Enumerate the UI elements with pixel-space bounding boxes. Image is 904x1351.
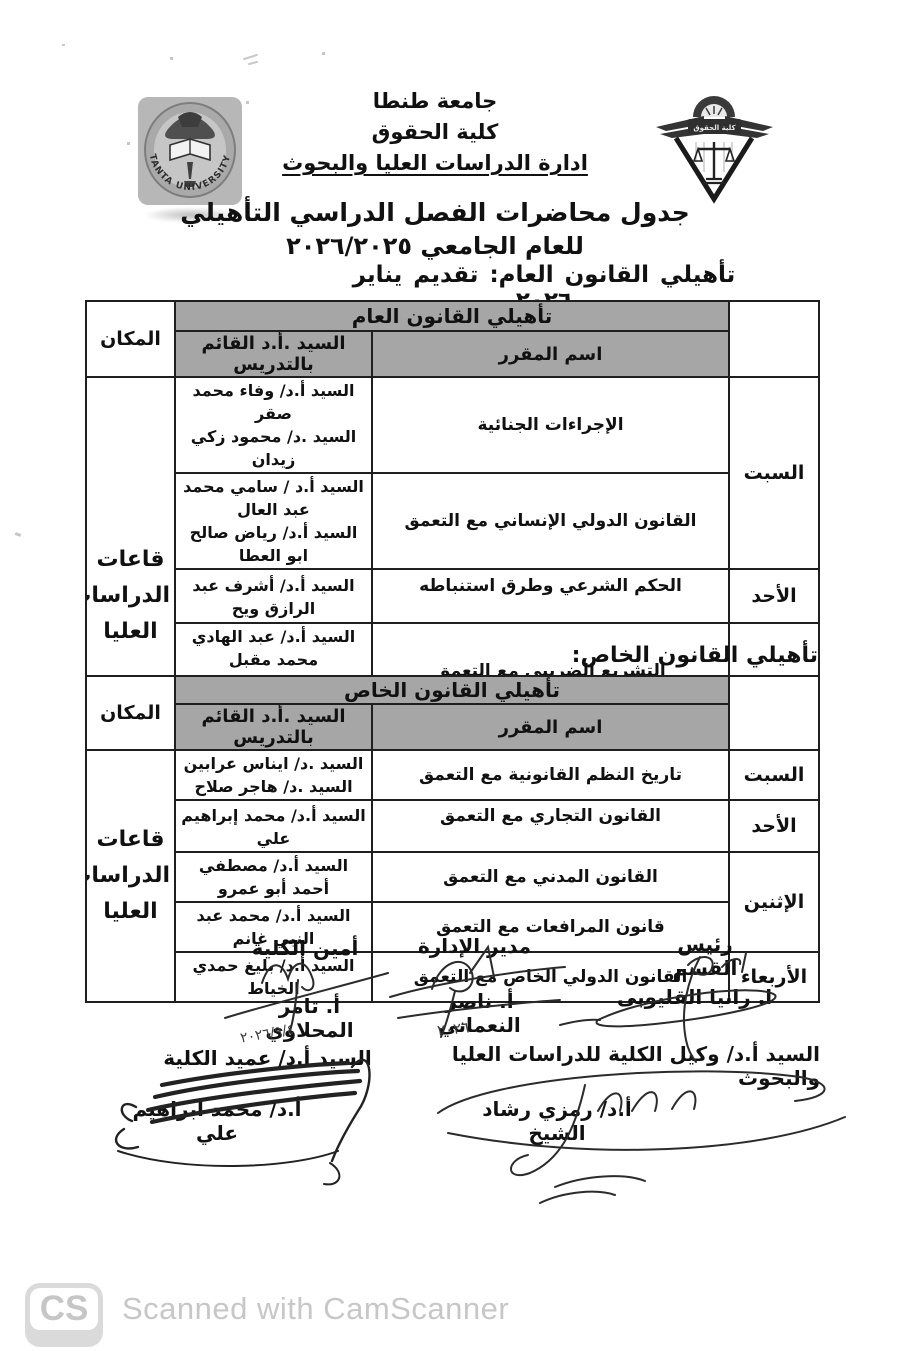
- instructor-column-header: السيد .أ.د القائم بالتدريس: [175, 331, 372, 377]
- place-column-header: المكان: [86, 301, 175, 377]
- admin-director-title: مدير الإدارة: [412, 934, 537, 958]
- table-title-cell: تأهيلي القانون العام: [175, 301, 729, 331]
- scan-noise-speck: [62, 44, 65, 46]
- department-name: ادارة الدراسات العليا والبحوث: [120, 148, 750, 179]
- dept-head-title: رئيس القسم: [645, 932, 765, 980]
- scan-noise-mark: [15, 532, 22, 537]
- course-cell: القانون المدني مع التعمق: [372, 852, 729, 902]
- faculty-name: كلية الحقوق: [120, 117, 750, 148]
- admin-director-name: أ. ناصر النعماني: [402, 989, 557, 1037]
- instructor-cell: السيد أ.د/ مصطفي أحمد أبو عمرو: [175, 852, 372, 902]
- camscanner-icon-letters: CS: [25, 1289, 103, 1329]
- scan-noise-mark: [243, 54, 258, 61]
- course-cell: الإجراءات الجنائية: [372, 377, 729, 473]
- admin-director-handwritten-date: ٢٠٢٦: [436, 1018, 470, 1039]
- course-cell: القانون الدولي الإنساني مع التعمق: [372, 473, 729, 569]
- private-law-section-heading: تأهيلي القانون الخاص:: [572, 643, 818, 668]
- course-cell: الحكم الشرعي وطرق استنباطه: [372, 569, 729, 623]
- instructor-cell: السيد أ.د / سامي محمد عبد العال السيد أ.…: [175, 473, 372, 569]
- vice-dean-title: السيد أ.د/ وكيل الكلية للدراسات العليا و…: [380, 1042, 820, 1090]
- instructor-line: السيد .د/ هاجر صلاح: [180, 775, 367, 798]
- instructor-line: السيد .د/ محمود زكي زيدان: [180, 425, 367, 471]
- dean-title: السيد أ.د/ عميد الكلية: [160, 1046, 375, 1070]
- scanned-document-page: TANTA UNIVERSITY كلية الحقوق جامعة طنطا …: [0, 0, 904, 1351]
- day-cell: الأحد: [729, 800, 819, 852]
- course-cell: تاريخ النظم القانونية مع التعمق: [372, 750, 729, 800]
- scan-noise-mark: [248, 61, 258, 66]
- course-column-header: اسم المقرر: [372, 331, 729, 377]
- schedule-title: جدول محاضرات الفصل الدراسي التأهيلي: [150, 196, 720, 230]
- day-cell: السبت: [729, 750, 819, 800]
- scan-noise-speck: [322, 52, 325, 55]
- letterhead: جامعة طنطا كلية الحقوق ادارة الدراسات ال…: [120, 86, 750, 179]
- dean-name: أ.د/ محمد ابراهيم علي: [112, 1097, 322, 1145]
- course-column-header: اسم المقرر: [372, 704, 729, 750]
- day-header-empty-cell: [729, 301, 819, 377]
- instructor-line: السيد أ.د/ وفاء محمد صقر: [180, 379, 367, 425]
- instructor-line: السيد أ.د / سامي محمد عبد العال: [180, 475, 367, 521]
- instructor-cell: السيد أ.د/ وفاء محمد صقر السيد .د/ محمود…: [175, 377, 372, 473]
- instructor-cell: السيد أ.د/ أشرف عبد الرازق ويح: [175, 569, 372, 623]
- dept-head-name: ا. رانيا القليوبى: [612, 985, 777, 1009]
- day-cell: الأحد: [729, 569, 819, 623]
- place-cell: قاعات الدراسات العليا: [86, 750, 175, 1002]
- course-cell: القانون التجاري مع التعمق: [372, 800, 729, 852]
- camscanner-watermark-text: Scanned with CamScanner: [122, 1291, 509, 1327]
- instructor-cell: السيد أ.د/ محمد إبراهيم علي: [175, 800, 372, 852]
- place-column-header: المكان: [86, 676, 175, 750]
- day-cell: السبت: [729, 377, 819, 569]
- instructor-line: السيد أ.د/ عبد الهادي محمد مقبل: [180, 625, 367, 671]
- instructor-line: السيد أ.د/ محمد إبراهيم علي: [180, 804, 367, 850]
- document-title-block: جدول محاضرات الفصل الدراسي التأهيلي للعا…: [150, 196, 720, 263]
- camscanner-icon: CS: [25, 1283, 103, 1347]
- vice-dean-name: أ.د/ رمزي رشاد الشيخ: [452, 1097, 662, 1145]
- instructor-line: السيد أ.د/ رياض صالح ابو العطا: [180, 521, 367, 567]
- instructor-line: السيد .د/ ايناس عرابين: [180, 752, 367, 775]
- university-name: جامعة طنطا: [120, 86, 750, 117]
- instructor-line: السيد أ.د/ أشرف عبد الرازق ويح: [180, 574, 367, 620]
- instructor-column-header: السيد .أ.د القائم بالتدريس: [175, 704, 372, 750]
- day-header-empty-cell: [729, 676, 819, 750]
- instructor-cell: السيد .د/ ايناس عرابين السيد .د/ هاجر صل…: [175, 750, 372, 800]
- scan-noise-speck: [170, 57, 173, 60]
- secretary-title: أمين الكلية: [250, 936, 360, 960]
- table-title-cell: تأهيلي القانون الخاص: [175, 676, 729, 704]
- academic-year: للعام الجامعي ٢٠٢٦/٢٠٢٥: [150, 230, 720, 263]
- instructor-line: السيد أ.د/ مصطفي أحمد أبو عمرو: [180, 854, 367, 900]
